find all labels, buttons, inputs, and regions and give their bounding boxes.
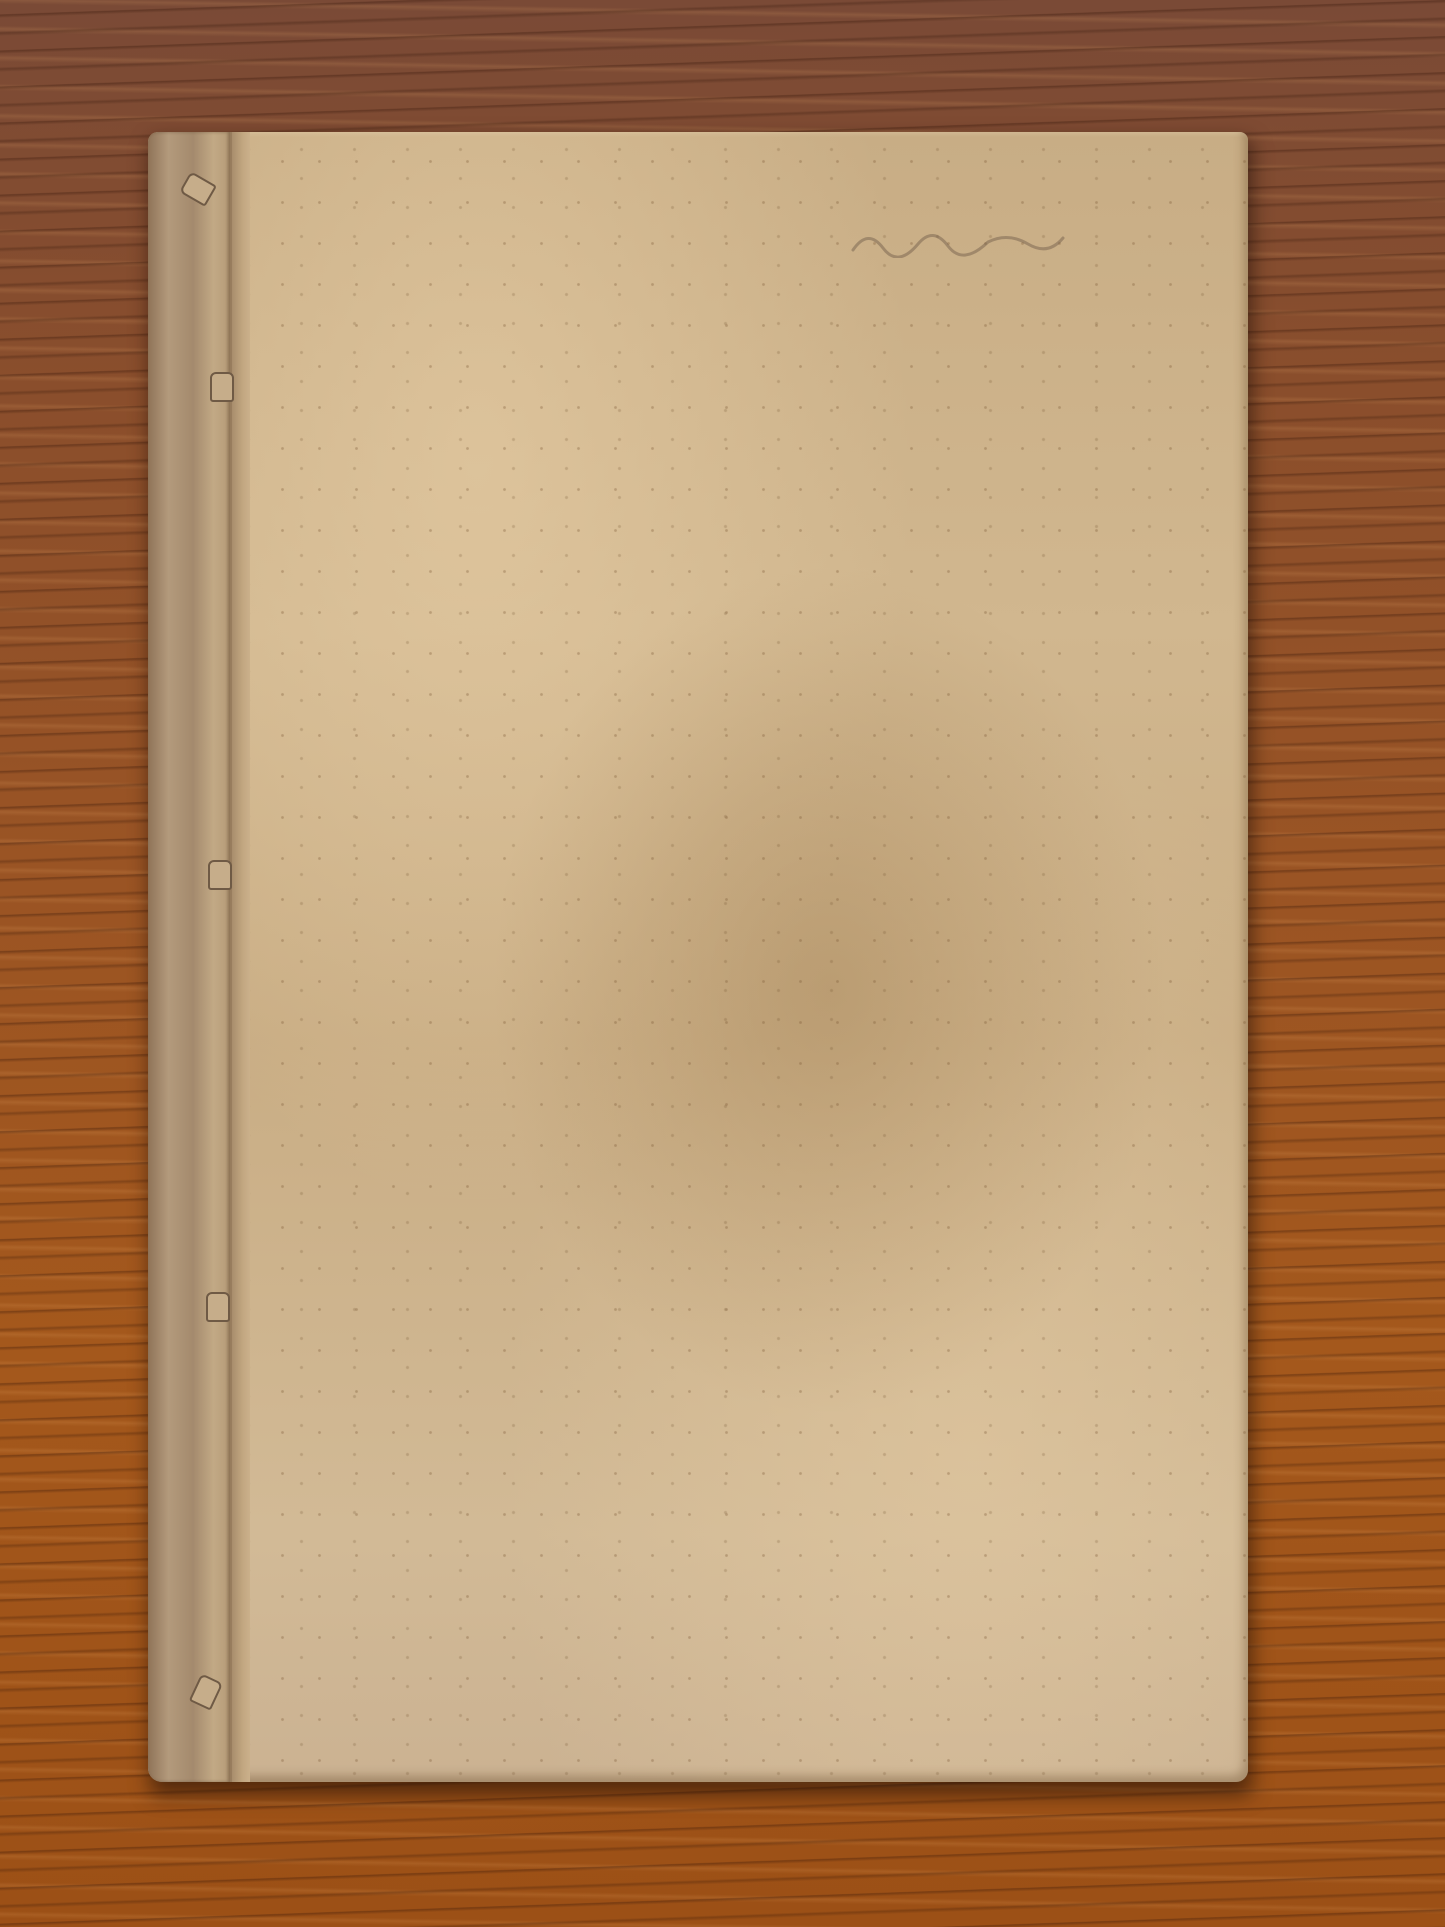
wooden-table-background [0,0,1445,1927]
binding-tab-middle [208,860,232,890]
vellum-book-cover [148,132,1248,1782]
faded-handwriting-mark [848,218,1068,258]
binding-tab-lower [206,1292,230,1322]
binding-tab-upper [210,372,234,402]
cover-speckles [148,132,1248,1782]
